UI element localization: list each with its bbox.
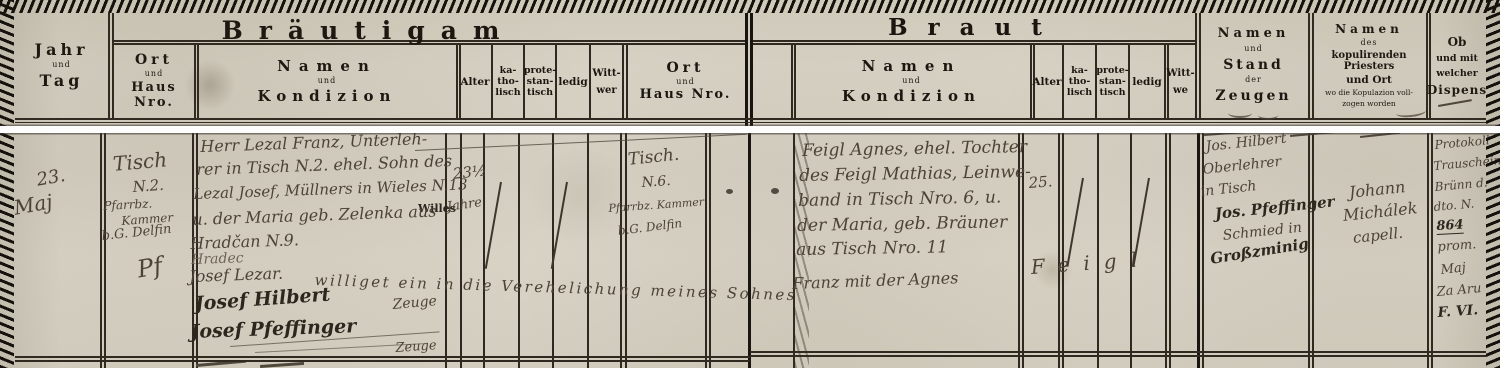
witness-signature-2-role: Zeuge (395, 338, 437, 356)
ink-remnant (1228, 108, 1252, 118)
label-namen: Namen (1335, 23, 1403, 37)
groom-house-number: N.2. (132, 176, 164, 196)
label-alter: Alter (460, 76, 489, 88)
label-ob: Ob (1448, 35, 1467, 49)
label-ort: Ort (666, 60, 704, 76)
header-priest: Namen des kopulirenden Priesters und Ort… (1312, 13, 1426, 118)
header-groom-name: Namen und Kondizion (196, 45, 458, 118)
binding-stitch-right (1486, 0, 1500, 368)
pen-flourish (415, 134, 747, 152)
column-rule (1312, 132, 1314, 368)
ink-spot (726, 189, 733, 194)
groom-name-line2: rer in Tisch N.2. ehel. Sohn des (196, 151, 452, 179)
header-groom-protestant: prote- stan- tisch (525, 45, 555, 118)
label-des: des (1361, 39, 1378, 48)
label-namen: Namen (1218, 27, 1290, 42)
consent-text: williget ein in die Verehelichung meines… (314, 271, 797, 304)
label-welcher: welcher (1436, 68, 1478, 79)
label-protestantisch: tisch (527, 87, 553, 98)
bride-name-line5: aus Tisch Nro. 11 (796, 237, 948, 260)
checkmark-groom-katholisch (485, 182, 502, 269)
label-kopulazion: wo die Kopulazion voll- (1325, 88, 1413, 97)
label-und-mit: und mit (1436, 53, 1478, 64)
groom-flourish: Pf (135, 252, 165, 284)
column-rule (104, 132, 106, 368)
label-und: und (1244, 45, 1262, 54)
witness-signature-1-role: Zeuge (392, 293, 438, 313)
next-row-hint (190, 362, 350, 368)
header-year-day: Jahr und Tag (15, 13, 108, 118)
label-stand: Stand (1223, 57, 1284, 73)
groom-age-unit: Jahre (446, 195, 483, 215)
column-rule (100, 132, 102, 368)
consent-signer: Josef Lezar. (189, 264, 283, 286)
priest-title: capell. (1352, 224, 1404, 247)
label-katholisch: tho- (497, 76, 519, 87)
priest-first-name: Johann (1348, 177, 1406, 202)
header-year-und: und (52, 61, 70, 70)
column-rule (793, 132, 795, 368)
column-rule (622, 45, 624, 118)
witness-2-name: Jos. Pfeffinger (1214, 192, 1335, 222)
groom-name-line4: u. der Maria geb. Zelenka aus (192, 201, 437, 229)
label-wittwe: we (1173, 85, 1188, 96)
groom-district: b.G. Delfin (101, 222, 172, 244)
label-protestantisch: stan- (527, 76, 554, 87)
label-der: der (1245, 76, 1262, 85)
label-und: und (145, 70, 163, 79)
label-katholisch: tho- (1069, 76, 1091, 87)
label-alter: Alter (1032, 76, 1061, 88)
row-bottom-rule (15, 360, 750, 362)
marriage-register-scan: Jahr und Tag Bräutigam Braut Ort und Hau… (0, 0, 1500, 368)
groom-age-value: 23½ (452, 161, 487, 182)
gutter-rule (745, 13, 748, 126)
dispens-line7: Maj (1440, 260, 1467, 278)
priest-last-name: Michálek (1342, 198, 1418, 225)
label-protestantisch: prote- (1096, 65, 1128, 76)
header-bride-protestant: prote- stan- tisch (1097, 45, 1128, 118)
column-rule (1308, 13, 1310, 118)
bride-place: Tisch. (627, 145, 680, 170)
label-namen: Namen (862, 58, 962, 75)
bride-house-number: N.6. (641, 173, 671, 191)
header-bride-age: Alter (1032, 45, 1062, 118)
bride-name-line3: band in Tisch Nro. 6, u. (798, 187, 1001, 211)
label-katholisch: ka- (1071, 65, 1088, 76)
column-rule (625, 132, 627, 368)
witness-1-place: in Tisch (1200, 178, 1257, 200)
dispens-line6: prom. (1437, 237, 1477, 255)
label-haus-nro: Haus Nro. (640, 88, 732, 103)
header-groom-age: Alter (459, 45, 491, 118)
column-rule (709, 132, 711, 368)
header-groom-catholic: ka- tho- lisch (493, 45, 523, 118)
label-und: und (676, 78, 694, 87)
header-bride-name: Namen und Kondizion (793, 45, 1030, 118)
record-date-month: Maj (12, 189, 54, 219)
header-witnesses: Namen und Stand der Zeugen (1199, 13, 1308, 118)
label-haus-nro: Haus Nro. (112, 81, 196, 111)
label-kondizion: Kondizion (842, 88, 981, 105)
header-year-label: Jahr (35, 41, 89, 59)
groom-parish: Pfarrbz. (103, 196, 153, 213)
label-zeugen: Zeugen (1215, 88, 1291, 104)
row-bottom-rule (750, 351, 1486, 353)
label-wittwe: Witt- (1166, 68, 1194, 79)
column-rule (1165, 132, 1167, 368)
ink-spot (771, 188, 779, 194)
dispens-line1: Protokoll (1434, 133, 1490, 152)
header-groom-single: ledig (557, 45, 589, 118)
label-ledig: ledig (1132, 76, 1161, 88)
column-rule (518, 132, 520, 368)
groom-name-line5: Hradčan N.9. (190, 230, 299, 253)
label-kopulierender-priester: kopulirenden Priesters (1312, 50, 1426, 72)
binding-stitch-left (0, 0, 14, 368)
label-protestantisch: stan- (1099, 76, 1126, 87)
column-rule (587, 132, 589, 368)
ink-remnant (1258, 110, 1278, 120)
header-groom-widower: Witt- wer (591, 45, 622, 118)
dispens-year: 864 (1436, 218, 1464, 235)
bride-extra-line: Franz mit der Agnes (792, 268, 959, 293)
header-bride-banner: Braut (753, 14, 1197, 41)
header-groom-banner: Bräutigam (112, 16, 625, 45)
row-bottom-rule (15, 356, 750, 358)
label-dispens: Dispens (1427, 83, 1487, 97)
label-katholisch: ka- (500, 65, 517, 76)
header-bride-widow: Witt- we (1166, 45, 1195, 118)
label-vollzogen: zogen worden (1342, 99, 1396, 108)
header-bottom-rule (15, 122, 1486, 124)
label-und: und (318, 77, 336, 86)
gutter-rule (748, 132, 751, 368)
witness-signature-1: Josef Hilbert (194, 284, 331, 315)
bride-name-line1: Feigl Agnes, ehel. Tochter (802, 137, 1027, 161)
record-date-day: 23. (35, 165, 67, 191)
dispens-line4: dto. N. (1433, 196, 1475, 213)
label-kondizion: Kondizion (258, 88, 397, 105)
column-rule (1169, 132, 1171, 368)
label-ledig: ledig (558, 76, 587, 88)
bride-name-line4: der Maria, geb. Bräuner (797, 212, 1007, 236)
label-und: und (902, 77, 920, 86)
witness-1-occupation: Oberlehrer (1202, 154, 1282, 178)
dispens-line8: Za Aru (1436, 281, 1482, 300)
label-protestantisch: tisch (1099, 87, 1125, 98)
column-rule (1427, 132, 1429, 368)
column-rule (1426, 13, 1428, 118)
column-rule (1058, 132, 1060, 368)
header-bride-single: ledig (1130, 45, 1164, 118)
groom-name-line3: Lezal Josef, Müllners in Wieles N.13 (193, 175, 468, 203)
label-protestantisch: prote- (524, 65, 556, 76)
bride-age-value: 25. (1028, 172, 1053, 192)
label-ort: Ort (135, 52, 173, 68)
column-rule (1062, 132, 1064, 368)
label-namen: Namen (277, 58, 377, 75)
label-und-ort: und Ort (1346, 74, 1392, 86)
row-bottom-rule (750, 355, 1486, 357)
binding-stitch-top (0, 0, 1500, 13)
column-rule (108, 13, 110, 118)
column-rule (1197, 132, 1200, 368)
photo-seam (0, 126, 1500, 133)
header-bride-ort: Ort und Haus Nro. (626, 45, 745, 118)
header-day-label: Tag (40, 72, 84, 90)
groom-name-line1: Herr Lezal Franz, Unterleh- (200, 129, 427, 156)
header-groom-ort: Ort und Haus Nro. (112, 45, 196, 118)
label-katholisch: lisch (495, 87, 520, 98)
label-wittwer: Witt- (592, 68, 620, 79)
label-wittwer: wer (596, 85, 616, 96)
column-rule (620, 132, 622, 368)
bride-name-line2: des Feigl Mathias, Leinwe- (799, 162, 1031, 186)
dispens-line3: Brünn d. (1434, 175, 1488, 194)
column-rule (1431, 132, 1433, 368)
groom-place: Tisch (112, 147, 168, 176)
column-rule (705, 132, 707, 368)
header-bride-catholic: ka- tho- lisch (1064, 45, 1095, 118)
dispens-line9: F. VI. (1437, 302, 1479, 321)
label-katholisch: lisch (1067, 87, 1092, 98)
